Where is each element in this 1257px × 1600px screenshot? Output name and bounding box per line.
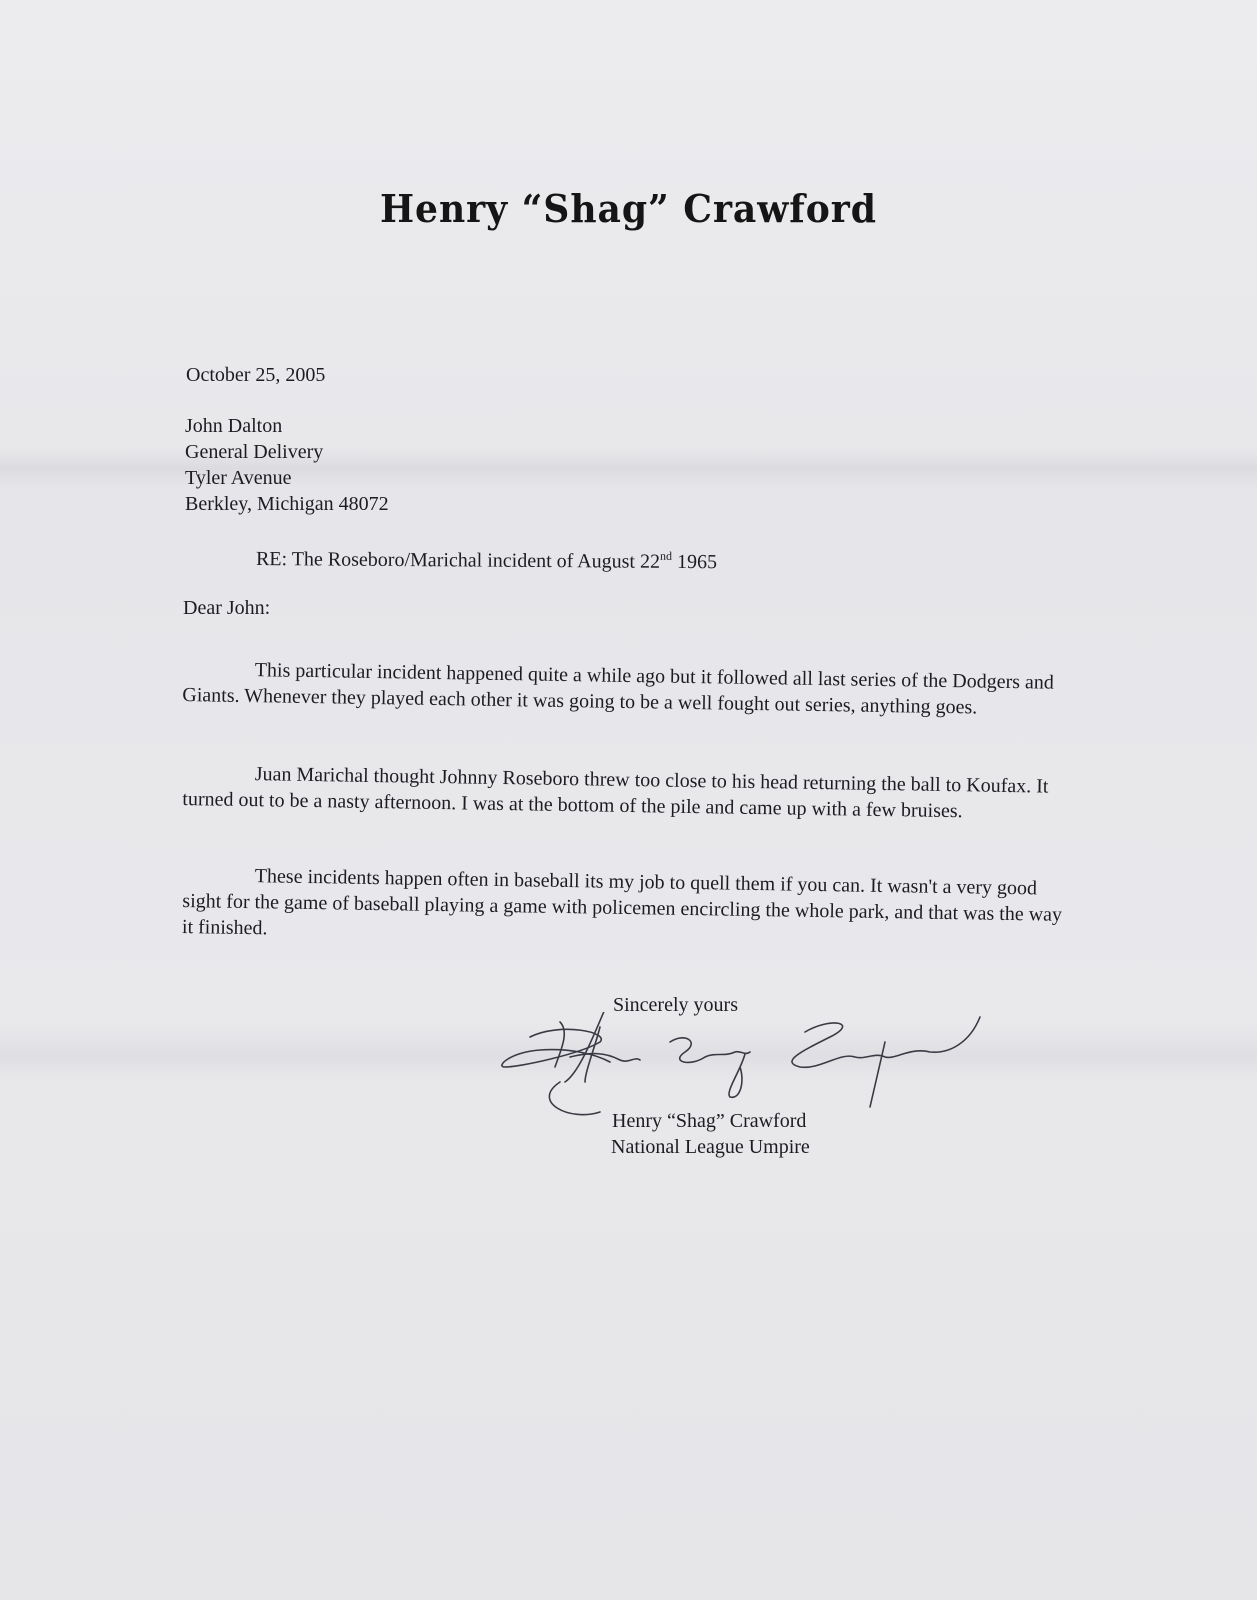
recipient-line-2: Tyler Avenue bbox=[185, 465, 292, 491]
handwritten-signature-icon bbox=[500, 1012, 1000, 1122]
subject-text: RE: The Roseboro/Marichal incident of Au… bbox=[256, 548, 660, 573]
recipient-line-1: General Delivery bbox=[185, 439, 323, 465]
paragraph-2: Juan Marichal thought Johnny Roseboro th… bbox=[182, 760, 1063, 826]
signature-title: National League Umpire bbox=[611, 1134, 810, 1160]
recipient-name: John Dalton bbox=[185, 413, 282, 439]
letterhead-title: Henry “Shag” Crawford bbox=[31, 186, 1225, 231]
paragraph-1: This particular incident happened quite … bbox=[182, 656, 1063, 722]
salutation: Dear John: bbox=[183, 595, 270, 621]
letter-paper: Henry “Shag” Crawford October 25, 2005 J… bbox=[0, 0, 1257, 1600]
subject-line: RE: The Roseboro/Marichal incident of Au… bbox=[256, 546, 717, 575]
subject-year: 1965 bbox=[672, 551, 717, 573]
paragraph-3: These incidents happen often in baseball… bbox=[182, 862, 1063, 954]
subject-ordinal: nd bbox=[660, 549, 672, 563]
recipient-line-3: Berkley, Michigan 48072 bbox=[185, 491, 389, 517]
letter-date: October 25, 2005 bbox=[186, 362, 325, 388]
signature-name: Henry “Shag” Crawford bbox=[612, 1108, 806, 1134]
